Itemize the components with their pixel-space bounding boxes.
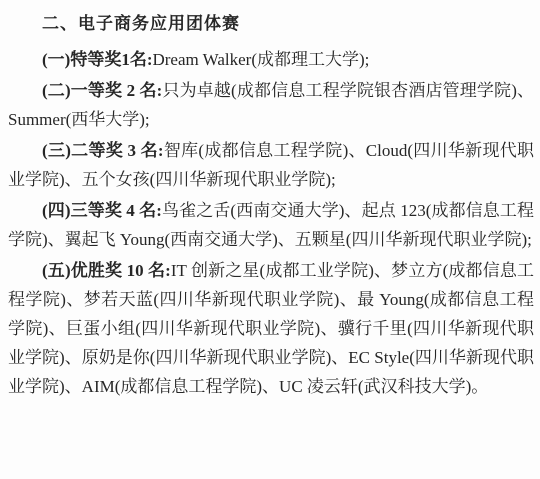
award-rank-label: (五)优胜奖 10 名: bbox=[42, 261, 171, 280]
award-rank-label: (一)特等奖1名: bbox=[42, 50, 152, 69]
award-rank-label: (二)一等奖 2 名: bbox=[42, 81, 162, 100]
award-paragraph-merit-prize: (五)优胜奖 10 名:IT 创新之星(成都工业学院)、梦立方(成都信息工程学院… bbox=[8, 256, 534, 401]
award-paragraph-second-prize: (三)二等奖 3 名:智库(成都信息工程学院)、Cloud(四川华新现代职业学院… bbox=[8, 136, 534, 194]
award-paragraph-third-prize: (四)三等奖 4 名:鸟雀之舌(西南交通大学)、起点 123(成都信息工程学院)… bbox=[8, 196, 534, 254]
award-rank-label: (三)二等奖 3 名: bbox=[42, 141, 164, 160]
award-rank-label: (四)三等奖 4 名: bbox=[42, 201, 162, 220]
award-paragraph-special-prize: (一)特等奖1名:Dream Walker(成都理工大学); bbox=[8, 45, 534, 74]
document-title: 二、电子商务应用团体赛 bbox=[8, 12, 534, 36]
award-winners-text: Dream Walker(成都理工大学); bbox=[152, 50, 369, 69]
award-winners-text: IT 创新之星(成都工业学院)、梦立方(成都信息工程学院)、梦若天蓝(四川华新现… bbox=[8, 261, 534, 396]
award-paragraph-first-prize: (二)一等奖 2 名:只为卓越(成都信息工程学院银杏酒店管理学院)、Summer… bbox=[8, 76, 534, 134]
document-page: 二、电子商务应用团体赛 (一)特等奖1名:Dream Walker(成都理工大学… bbox=[0, 0, 540, 479]
